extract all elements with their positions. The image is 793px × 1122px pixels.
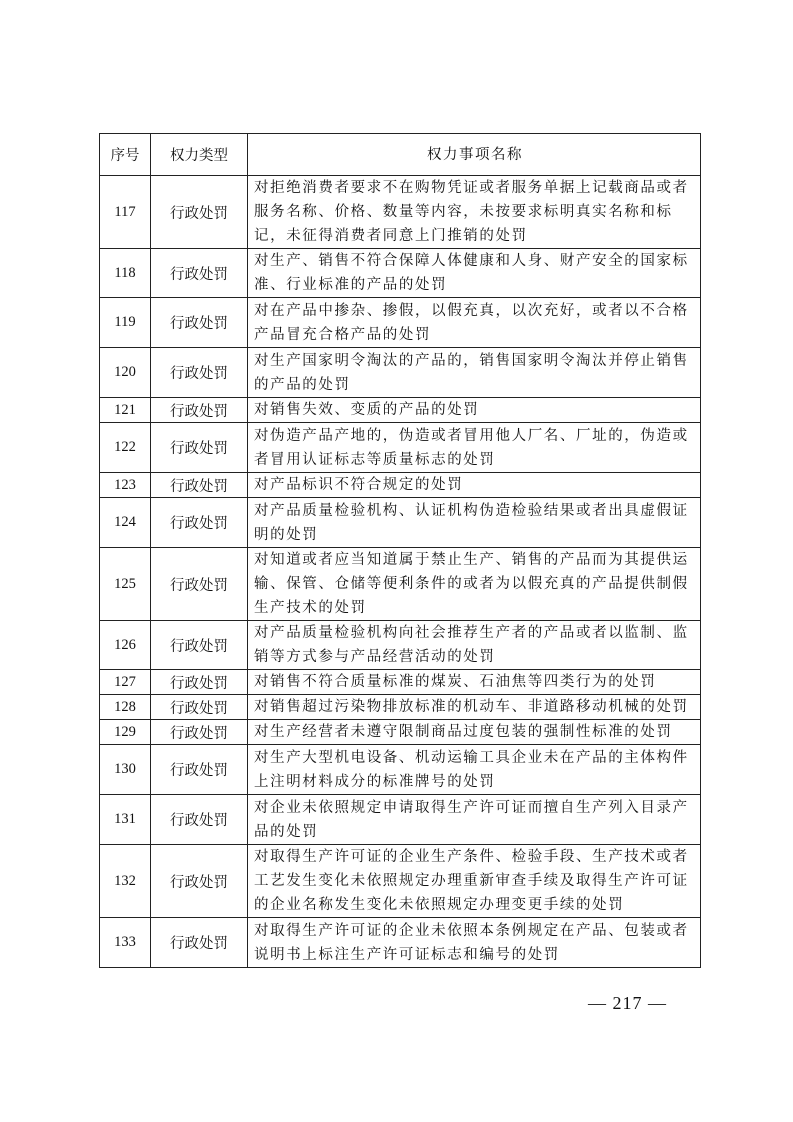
table-row: 132行政处罚对取得生产许可证的企业生产条件、检验手段、生产技术或者工艺发生变化… bbox=[100, 845, 701, 918]
row-serial-number: 127 bbox=[100, 670, 151, 695]
row-power-item-name: 对生产大型机电设备、机动运输工具企业未在产品的主体构件上注明材料成分的标准牌号的… bbox=[248, 745, 701, 795]
row-power-item-name: 对产品质量检验机构向社会推荐生产者的产品或者以监制、监销等方式参与产品经营活动的… bbox=[248, 621, 701, 670]
table-row: 126行政处罚对产品质量检验机构向社会推荐生产者的产品或者以监制、监销等方式参与… bbox=[100, 621, 701, 670]
row-power-type: 行政处罚 bbox=[151, 473, 248, 498]
row-serial-number: 131 bbox=[100, 795, 151, 845]
row-power-type: 行政处罚 bbox=[151, 298, 248, 348]
row-serial-number: 122 bbox=[100, 423, 151, 473]
row-power-item-name: 对伪造产品产地的，伪造或者冒用他人厂名、厂址的，伪造或者冒用认证标志等质量标志的… bbox=[248, 423, 701, 473]
row-power-item-name: 对拒绝消费者要求不在购物凭证或者服务单据上记载商品或者服务名称、价格、数量等内容… bbox=[248, 176, 701, 249]
row-power-item-name: 对销售不符合质量标准的煤炭、石油焦等四类行为的处罚 bbox=[248, 670, 701, 695]
row-power-item-name: 对取得生产许可证的企业生产条件、检验手段、生产技术或者工艺发生变化未依照规定办理… bbox=[248, 845, 701, 918]
row-power-type: 行政处罚 bbox=[151, 745, 248, 795]
header-serial-number: 序号 bbox=[100, 134, 151, 176]
row-power-type: 行政处罚 bbox=[151, 249, 248, 298]
table-row: 127行政处罚对销售不符合质量标准的煤炭、石油焦等四类行为的处罚 bbox=[100, 670, 701, 695]
row-power-item-name: 对企业未依照规定申请取得生产许可证而擅自生产列入目录产品的处罚 bbox=[248, 795, 701, 845]
row-power-type: 行政处罚 bbox=[151, 918, 248, 968]
row-serial-number: 119 bbox=[100, 298, 151, 348]
table-row: 129行政处罚对生产经营者未遵守限制商品过度包装的强制性标准的处罚 bbox=[100, 720, 701, 745]
row-power-item-name: 对知道或者应当知道属于禁止生产、销售的产品而为其提供运输、保管、仓储等便利条件的… bbox=[248, 548, 701, 621]
table-row: 119行政处罚对在产品中掺杂、掺假，以假充真，以次充好，或者以不合格产品冒充合格… bbox=[100, 298, 701, 348]
row-power-type: 行政处罚 bbox=[151, 176, 248, 249]
table-body: 117行政处罚对拒绝消费者要求不在购物凭证或者服务单据上记载商品或者服务名称、价… bbox=[100, 176, 701, 968]
table-row: 123行政处罚对产品标识不符合规定的处罚 bbox=[100, 473, 701, 498]
row-serial-number: 123 bbox=[100, 473, 151, 498]
table-header-row: 序号 权力类型 权力事项名称 bbox=[100, 134, 701, 176]
row-serial-number: 118 bbox=[100, 249, 151, 298]
row-power-type: 行政处罚 bbox=[151, 795, 248, 845]
row-power-item-name: 对取得生产许可证的企业未依照本条例规定在产品、包装或者说明书上标注生产许可证标志… bbox=[248, 918, 701, 968]
row-serial-number: 121 bbox=[100, 398, 151, 423]
row-power-type: 行政处罚 bbox=[151, 498, 248, 548]
row-power-type: 行政处罚 bbox=[151, 548, 248, 621]
row-serial-number: 132 bbox=[100, 845, 151, 918]
row-serial-number: 129 bbox=[100, 720, 151, 745]
row-power-item-name: 对销售失效、变质的产品的处罚 bbox=[248, 398, 701, 423]
row-serial-number: 124 bbox=[100, 498, 151, 548]
header-power-type: 权力类型 bbox=[151, 134, 248, 176]
table-row: 118行政处罚对生产、销售不符合保障人体健康和人身、财产安全的国家标准、行业标准… bbox=[100, 249, 701, 298]
row-power-item-name: 对在产品中掺杂、掺假，以假充真，以次充好，或者以不合格产品冒充合格产品的处罚 bbox=[248, 298, 701, 348]
table-row: 131行政处罚对企业未依照规定申请取得生产许可证而擅自生产列入目录产品的处罚 bbox=[100, 795, 701, 845]
table-row: 122行政处罚对伪造产品产地的，伪造或者冒用他人厂名、厂址的，伪造或者冒用认证标… bbox=[100, 423, 701, 473]
row-serial-number: 133 bbox=[100, 918, 151, 968]
row-power-type: 行政处罚 bbox=[151, 695, 248, 720]
row-power-item-name: 对销售超过污染物排放标准的机动车、非道路移动机械的处罚 bbox=[248, 695, 701, 720]
power-items-table: 序号 权力类型 权力事项名称 117行政处罚对拒绝消费者要求不在购物凭证或者服务… bbox=[99, 133, 701, 968]
row-power-item-name: 对生产、销售不符合保障人体健康和人身、财产安全的国家标准、行业标准的产品的处罚 bbox=[248, 249, 701, 298]
row-serial-number: 120 bbox=[100, 348, 151, 398]
table-row: 120行政处罚对生产国家明令淘汰的产品的，销售国家明令淘汰并停止销售的产品的处罚 bbox=[100, 348, 701, 398]
row-serial-number: 126 bbox=[100, 621, 151, 670]
row-power-item-name: 对产品质量检验机构、认证机构伪造检验结果或者出具虚假证明的处罚 bbox=[248, 498, 701, 548]
table-row: 124行政处罚对产品质量检验机构、认证机构伪造检验结果或者出具虚假证明的处罚 bbox=[100, 498, 701, 548]
row-serial-number: 117 bbox=[100, 176, 151, 249]
row-serial-number: 128 bbox=[100, 695, 151, 720]
row-power-item-name: 对生产国家明令淘汰的产品的，销售国家明令淘汰并停止销售的产品的处罚 bbox=[248, 348, 701, 398]
row-power-type: 行政处罚 bbox=[151, 845, 248, 918]
row-power-type: 行政处罚 bbox=[151, 348, 248, 398]
row-power-type: 行政处罚 bbox=[151, 398, 248, 423]
row-power-type: 行政处罚 bbox=[151, 423, 248, 473]
row-serial-number: 125 bbox=[100, 548, 151, 621]
row-power-type: 行政处罚 bbox=[151, 621, 248, 670]
table-row: 128行政处罚对销售超过污染物排放标准的机动车、非道路移动机械的处罚 bbox=[100, 695, 701, 720]
page-number: — 217 — bbox=[588, 993, 667, 1014]
table-row: 121行政处罚对销售失效、变质的产品的处罚 bbox=[100, 398, 701, 423]
row-power-type: 行政处罚 bbox=[151, 720, 248, 745]
row-power-type: 行政处罚 bbox=[151, 670, 248, 695]
row-serial-number: 130 bbox=[100, 745, 151, 795]
table-row: 125行政处罚对知道或者应当知道属于禁止生产、销售的产品而为其提供运输、保管、仓… bbox=[100, 548, 701, 621]
table-row: 130行政处罚对生产大型机电设备、机动运输工具企业未在产品的主体构件上注明材料成… bbox=[100, 745, 701, 795]
row-power-item-name: 对产品标识不符合规定的处罚 bbox=[248, 473, 701, 498]
table-row: 133行政处罚对取得生产许可证的企业未依照本条例规定在产品、包装或者说明书上标注… bbox=[100, 918, 701, 968]
table-row: 117行政处罚对拒绝消费者要求不在购物凭证或者服务单据上记载商品或者服务名称、价… bbox=[100, 176, 701, 249]
row-power-item-name: 对生产经营者未遵守限制商品过度包装的强制性标准的处罚 bbox=[248, 720, 701, 745]
header-power-item-name: 权力事项名称 bbox=[248, 134, 701, 176]
